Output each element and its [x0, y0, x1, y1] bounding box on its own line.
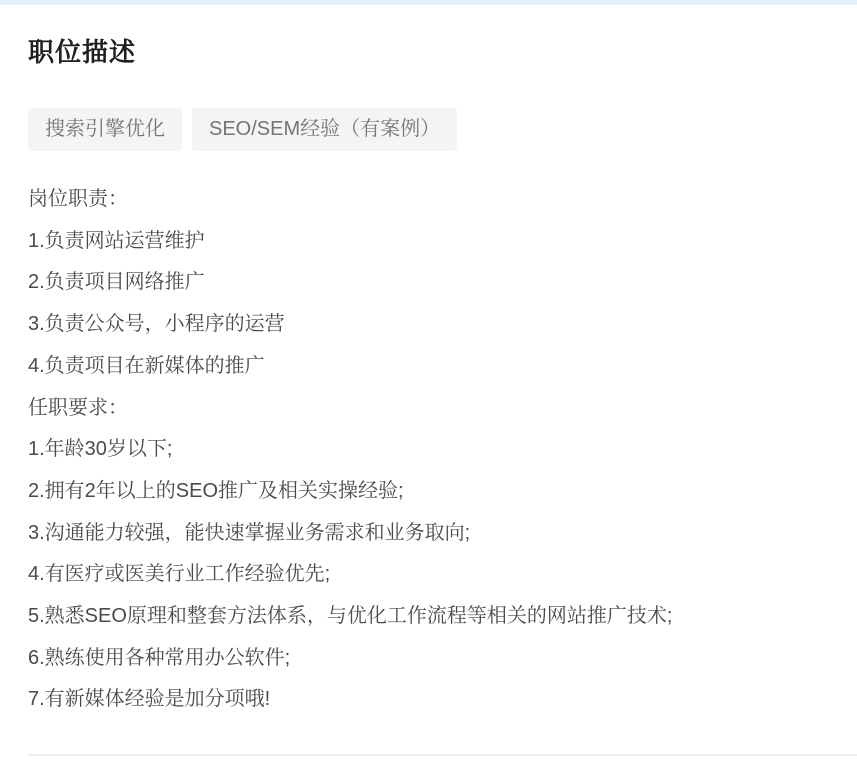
section-title: 职位描述	[28, 35, 827, 69]
job-tag: 搜索引擎优化	[28, 108, 182, 151]
description-line: 6.熟练使用各种常用办公软件;	[28, 638, 827, 680]
description-line: 5.熟悉SEO原理和整套方法体系，与优化工作流程等相关的网站推广技术;	[28, 596, 827, 638]
description-line: 岗位职责：	[28, 179, 827, 221]
description-line: 4.负责项目在新媒体的推广	[28, 346, 827, 388]
description-line: 4.有医疗或医美行业工作经验优先;	[28, 554, 827, 596]
description-line: 3.沟通能力较强，能快速掌握业务需求和业务取向;	[28, 513, 827, 555]
description-line: 3.负责公众号，小程序的运营	[28, 304, 827, 346]
description-line: 7.有新媒体经验是加分项哦!	[28, 679, 827, 721]
section-divider	[28, 754, 857, 756]
description-line: 2.拥有2年以上的SEO推广及相关实操经验;	[28, 471, 827, 513]
description-line: 1.负责网站运营维护	[28, 221, 827, 263]
job-description-panel: 职位描述 搜索引擎优化 SEO/SEM经验（有案例） 岗位职责： 1.负责网站运…	[0, 35, 857, 721]
tag-list: 搜索引擎优化 SEO/SEM经验（有案例）	[28, 108, 827, 151]
description-line: 任职要求：	[28, 388, 827, 430]
job-description-text: 岗位职责： 1.负责网站运营维护 2.负责项目网络推广 3.负责公众号，小程序的…	[28, 179, 827, 721]
top-accent-strip	[0, 0, 857, 5]
description-line: 2.负责项目网络推广	[28, 262, 827, 304]
description-line: 1.年龄30岁以下;	[28, 429, 827, 471]
job-tag: SEO/SEM经验（有案例）	[192, 108, 457, 151]
